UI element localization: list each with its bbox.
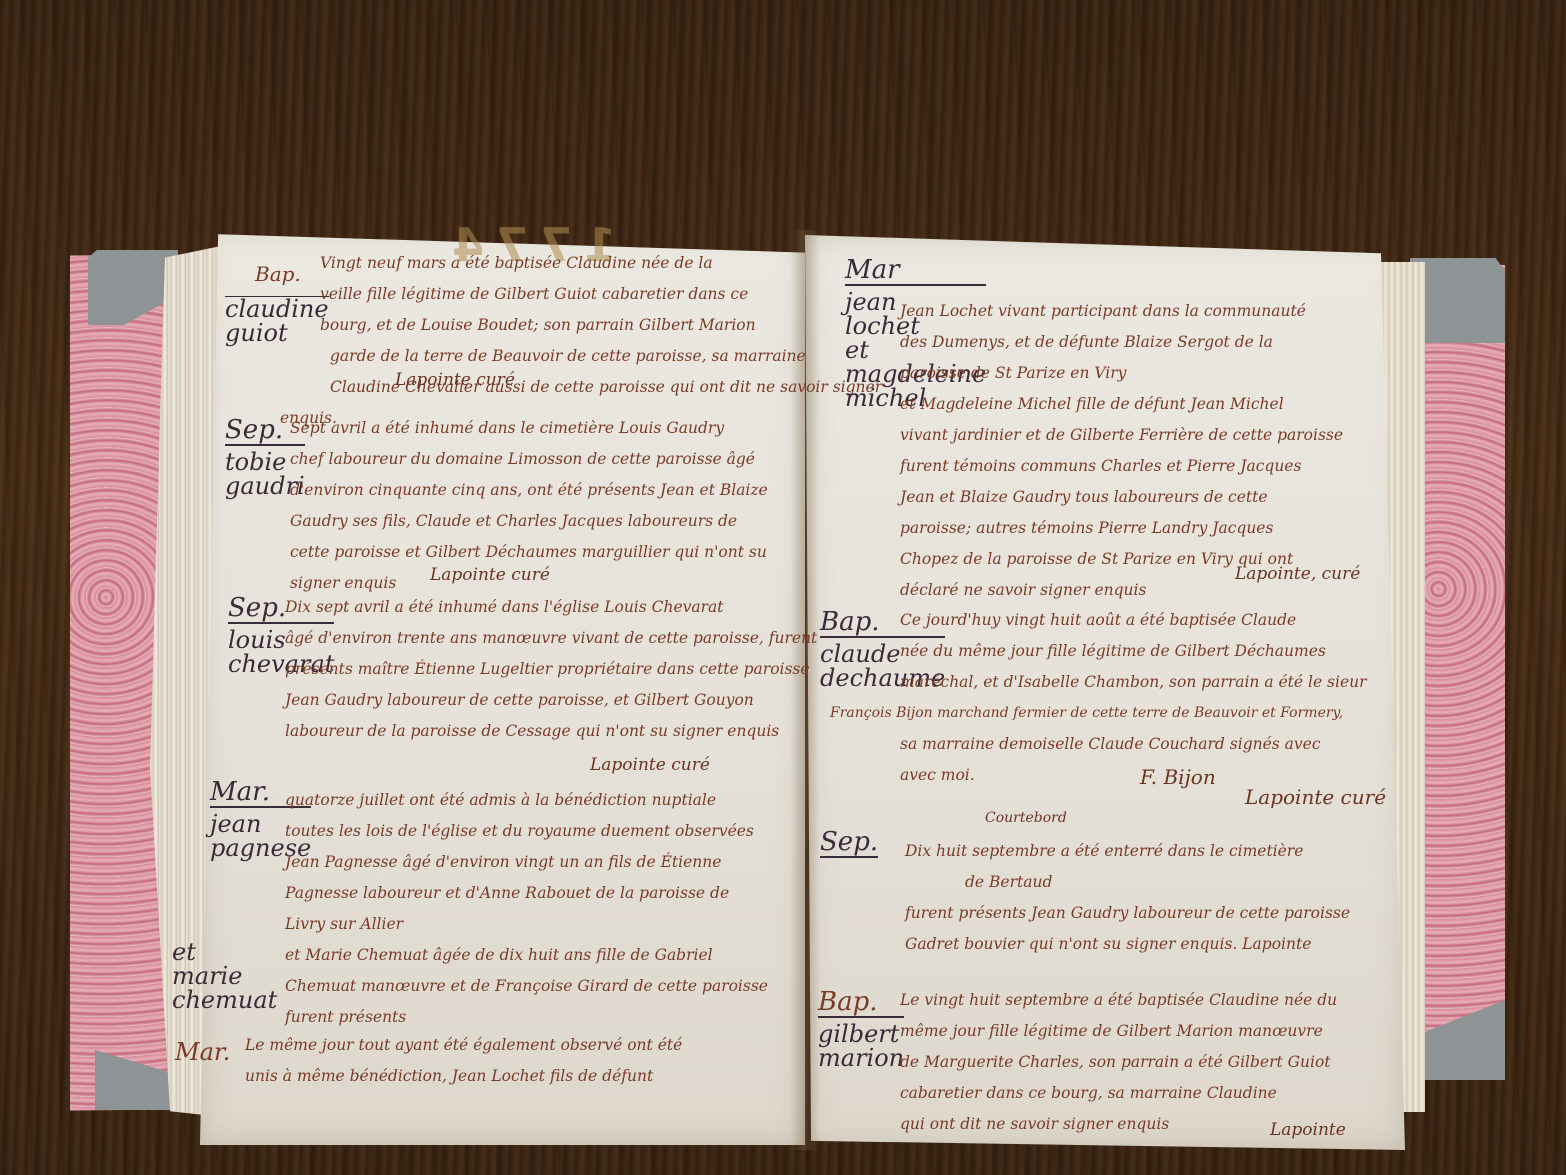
act-type-label: Bap. xyxy=(255,262,301,288)
register-entry: Dix sept avril a été inhumé dans l'églis… xyxy=(285,592,817,747)
signature: Lapointe curé xyxy=(590,755,710,775)
margin-names: Sep. xyxy=(820,830,878,862)
register-entry: quatorze juillet ont été admis à la béné… xyxy=(285,785,768,1033)
register-entry: Vingt neuf mars a été baptisée Claudine … xyxy=(320,248,882,434)
margin-names: claudine guiot xyxy=(225,296,329,345)
register-entry: Le vingt huit septembre a été baptisée C… xyxy=(900,985,1337,1140)
act-type-label: Mar. xyxy=(175,1038,230,1066)
register-entry: Ce jourd'huy vingt huit août a été bapti… xyxy=(900,605,1367,791)
margin-names: Mar. xyxy=(175,1040,230,1064)
act-type-label: Sep. xyxy=(820,830,878,858)
interlinear-note: Courtebord xyxy=(985,810,1067,826)
signature: Lapointe curé xyxy=(1245,785,1386,809)
signature: Lapointe xyxy=(1270,1120,1346,1140)
margin-names: et marie chemuat xyxy=(172,940,277,1012)
register-entry: Jean Lochet vivant participant dans la c… xyxy=(900,296,1343,606)
signature: Lapointe, curé xyxy=(1235,564,1360,584)
signature: F. Bijon xyxy=(1140,765,1216,789)
act-type-label: Mar xyxy=(845,258,986,286)
signature: Lapointe curé xyxy=(430,565,550,585)
register-entry: Dix huit septembre a été enterré dans le… xyxy=(905,836,1350,960)
act-type-label: Bap. xyxy=(818,990,904,1018)
signature: Lapointe curé xyxy=(395,370,515,390)
register-entry: Le même jour tout ayant été également ob… xyxy=(245,1030,682,1092)
margin-names: Bap. gilbert marion xyxy=(818,990,904,1070)
margin-note: Bap. xyxy=(255,262,301,292)
